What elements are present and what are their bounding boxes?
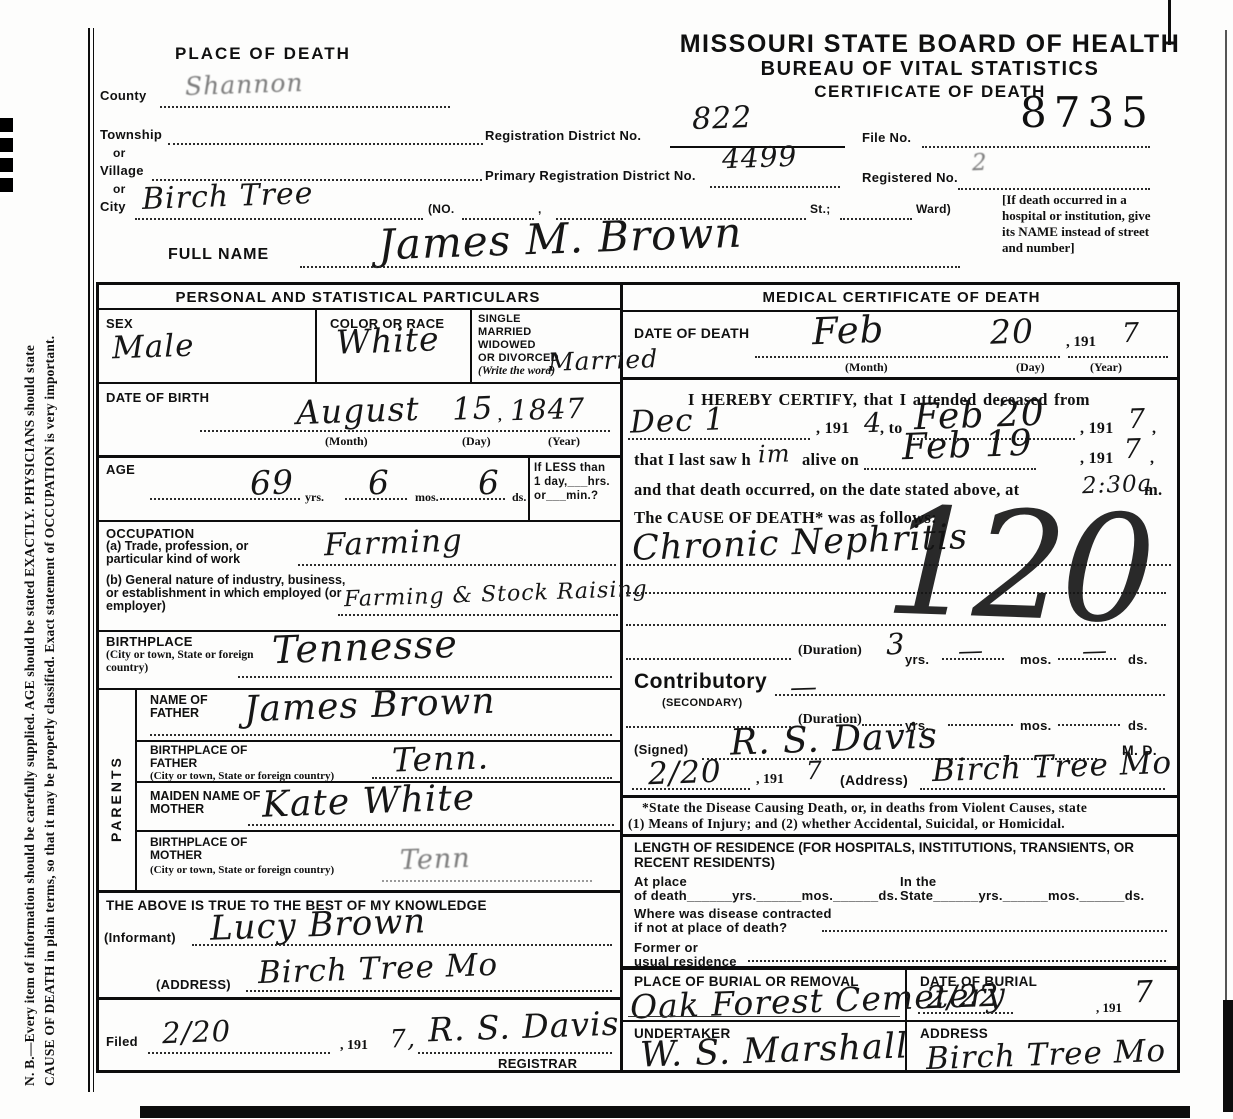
residence-title: LENGTH OF RESIDENCE (FOR HOSPITALS, INST… [634,840,1179,870]
age-ds-cap: ds. [512,490,526,505]
margin-note-line2: CAUSE OF DEATH in plain terms, so that i… [42,336,58,1086]
informant-address-label: (ADDRESS) [156,977,231,992]
duration-label: (Duration) [798,643,862,659]
death-certificate-scan: N. B.—Every item of information should b… [0,0,1233,1119]
or-1: or [113,146,126,160]
former-residence-line [748,960,1166,962]
sign-date-value: 2/20 [647,757,722,791]
margin-note-line1: N. B.—Every item of information should b… [22,345,38,1086]
rule-above-burial [620,966,1180,970]
age-days-value: 6 [477,466,500,500]
secondary-label: (SECONDARY) [662,697,743,709]
contracted-line [822,930,1167,932]
write-the-word-caption: (Write the word) [478,365,555,377]
father-birthplace-label: BIRTHPLACE OF FATHER [150,744,260,770]
informant-line [192,944,612,946]
mother-name-value: Kate White [261,780,475,823]
dob-month-cap: (Month) [325,434,368,449]
age-yrs-cap: yrs. [305,490,324,505]
date-of-death-month: Feb [811,311,884,350]
at-place-line2: of death______yrs.______mos.______ds. [634,888,898,903]
date-of-death-year-line [1068,356,1168,358]
duration-months-value: — [958,638,985,664]
registrar-label: REGISTRAR [498,1056,577,1071]
to-year-printed: , 191 [1080,420,1114,438]
duration-ds-cap: ds. [1128,652,1148,667]
duration-days-value: — [1082,638,1109,664]
dob-line [200,430,610,432]
left-margin-rule-inner [93,28,94,1092]
contributory-line [775,694,1165,696]
occupation-b-line [338,614,618,616]
village-label: Village [100,163,144,178]
mother-birthplace-label: BIRTHPLACE OF MOTHER [150,836,270,862]
occupation-a-value: Farming [324,526,464,562]
burial-date-line [918,1012,1013,1014]
dob-comma: , [498,408,502,425]
duration2-ds-cap: ds. [1128,718,1148,733]
dob-day-cap: (Day) [462,434,491,449]
seen-year-printed: , 191 [1080,450,1114,468]
father-name-line [150,734,612,736]
left-margin-rule-outer [88,28,90,1092]
marital-value: Married [548,346,659,375]
bottom-scan-bar [140,1106,1190,1118]
house-no-label: (NO. [428,202,455,216]
rule-under-informant [96,997,620,1000]
filed-date-line [148,1052,330,1054]
last-seen-line [864,468,1036,470]
registrar-signature: R. S. Davis [427,1007,620,1047]
full-name-label: FULL NAME [168,246,269,264]
at-place-line1: At place [634,874,687,889]
marital-option-married: MARRIED [478,326,531,338]
city-label: City [100,199,126,214]
file-no-line [922,146,1150,148]
filed-date-value: 2/20 [162,1017,232,1048]
registration-district-value: 822 [691,103,752,135]
personal-section-title: PERSONAL AND STATISTICAL PARTICULARS [96,289,620,306]
sex-race-divider [315,310,317,382]
place-of-death-title: PLACE OF DEATH [175,44,351,64]
township-line [168,143,483,145]
informant-address-value: Birch Tree Mo [258,950,499,989]
registered-no-line [958,188,1150,190]
county-value: Shannon [185,70,304,99]
age-months-value: 6 [367,466,390,500]
scan-fragment-bar [0,118,13,196]
rule-under-dod-row [620,377,1180,380]
rule-under-mother-name [135,830,622,832]
burial-place-line [628,1016,900,1017]
age-line-2 [345,498,407,500]
column-divider [620,282,623,1073]
footnote-line2: (1) Means of Injury; and (2) whether Acc… [628,816,1065,832]
org-line-1: MISSOURI STATE BOARD OF HEALTH [640,30,1220,59]
burial-date-value: 2/22 [925,981,1000,1015]
burial-year-handwritten: 7 [1133,978,1154,1009]
registrar-signature-line [418,1052,612,1054]
primary-district-value: 4499 [722,143,798,174]
ward-label: Ward) [916,202,951,216]
file-no-label: File No. [862,130,911,145]
mother-birthplace-line [382,880,592,882]
physician-signature: R. S. Davis [729,718,938,761]
informant-address-line [246,990,612,992]
last-saw-pre: that I last saw h [634,450,751,470]
parents-inner-divider [135,688,137,890]
mother-name-label: MAIDEN NAME OF MOTHER [150,790,280,816]
dob-month-value: August [295,392,420,429]
duration-yrs-cap: yrs. [905,652,929,667]
sign-year-printed: , 191 [756,772,784,788]
former-residence-line1: Former or [634,940,698,955]
primary-district-label: Primary Registration District No. [485,168,696,183]
last-seen-value: Feb 19 [901,426,1033,467]
dod-year-cap: (Year) [1090,360,1122,375]
dob-year-value: 1847 [510,395,586,426]
medical-section-title: MEDICAL CERTIFICATE OF DEATH [623,289,1180,306]
contributory-label: Contributory [634,670,767,694]
rule-under-footnote [620,834,1180,837]
org-line-2: BUREAU OF VITAL STATISTICS [640,58,1220,81]
registered-no-label: Registered No. [862,170,958,185]
rule-under-sex-row [96,382,620,384]
footnote-line1: *State the Disease Causing Death, or, in… [642,800,1087,816]
contracted-line2: if not at place of death? [634,920,787,935]
hospital-note: [If death occurred in a hospital or inst… [1002,192,1164,256]
occupation-b-label: (b) General nature of industry, business… [106,574,346,613]
age-years-value: 69 [249,465,294,500]
age-line-3 [440,498,505,500]
to-year-handwritten: 7 [1128,406,1147,434]
duration2-ds-line [1058,724,1120,726]
sex-label: SEX [106,316,133,331]
father-birthplace-value: Tenn. [391,740,489,776]
less-than-line3: or___min.? [534,490,598,502]
duration2-mos-line [948,724,1013,726]
from-year-printed: , 191 [816,420,850,438]
birthplace-line [238,676,612,678]
registration-district-label: Registration District No. [485,128,641,143]
informant-value: Lucy Brown [209,904,426,946]
rule-above-footnote [620,795,1180,798]
registered-no-value: 2 [972,152,988,176]
date-of-death-day: 20 [989,314,1034,349]
duration2-mos-cap: mos. [1020,718,1052,733]
rule-under-father-name [135,740,622,742]
rule-under-dob-row [96,455,620,458]
birthplace-value: Tennesse [271,625,458,669]
street-label: St.; [810,202,831,216]
occupation-a-line [298,564,616,566]
primary-district-line [710,186,840,188]
dob-day-value: 15 [451,393,494,425]
age-line-1 [150,498,300,500]
contracted-line1: Where was disease contracted [634,906,832,921]
certificate-number: 8735 [1020,88,1155,137]
age-mos-cap: mos. [415,490,439,505]
duration-years-value: 3 [885,630,905,660]
township-label: Township [100,127,162,142]
right-scan-edge-bar [1223,1000,1233,1112]
seen-year-handwritten: 7 [1124,436,1143,464]
right-scan-edge-line [1225,30,1227,1090]
rule-under-parents [96,890,620,893]
parents-vertical-label: PARENTS [108,755,124,842]
cause-code-scrawl: 120 [883,495,1152,637]
sign-address-value: Birch Tree Mo [932,748,1173,787]
informant-label: (Informant) [104,930,176,945]
filed-label: Filed [106,1034,138,1049]
ward-line [840,218,912,220]
rule-under-medical-title [620,310,1180,312]
rule-under-burial [620,1020,1180,1022]
rule-under-personal-title [96,308,620,310]
city-value: Birch Tree [142,179,314,215]
race-marital-divider [470,310,472,382]
dod-month-cap: (Month) [845,360,888,375]
birthplace-caption: (City or town, State or foreign country) [106,649,256,675]
birthplace-label: BIRTHPLACE [106,634,193,649]
to-word: , to [880,420,903,438]
full-name-line [300,266,960,268]
sign-date-line [632,788,750,790]
county-line [160,106,450,108]
line2-comma: , [1152,420,1156,438]
sign-address-line [920,788,1165,790]
date-of-death-line [755,356,1060,358]
mother-birthplace-caption: (City or town, State or foreign country) [150,864,334,876]
rule-under-age-row [96,520,620,522]
line3-comma: , [1150,450,1154,468]
or-2: or [113,182,126,196]
dob-label: DATE OF BIRTH [106,390,209,405]
him-handwritten: im [758,441,791,466]
father-name-value: James Brown [243,684,496,729]
sign-address-label: (Address) [840,772,908,788]
filed-year-handwritten: 7, [390,1026,417,1052]
in-the-line2: State______yrs.______mos.______ds. [900,888,1144,903]
attended-from-value: Dec 1 [629,404,725,438]
contributory-value: — [790,674,819,702]
dod-day-cap: (Day) [1016,360,1045,375]
alive-on-label: alive on [802,450,859,470]
age-label: AGE [106,462,135,477]
occupation-a-label: (a) Trade, profession, or particular kin… [106,540,306,566]
less-than-line2: 1 day,___hrs. [534,476,610,488]
age-lessbox-divider [528,457,530,520]
date-of-death-label: DATE OF DEATH [634,325,749,341]
date-of-death-year-handwritten: 7 [1122,320,1141,348]
race-value: White [335,322,440,359]
duration-mos-cap: mos. [1020,652,1052,667]
marital-option-widowed: WIDOWED [478,339,536,351]
dob-year-cap: (Year) [548,434,580,449]
full-name-value: James M. Brown [377,212,743,267]
undertaker-address-value: Birch Tree Mo [926,1036,1167,1075]
undertaker-value: W. S. Marshall [639,1029,908,1073]
date-of-death-year-printed: , 191 [1066,334,1096,351]
sign-year-handwritten: 7 [806,758,824,784]
mother-birthplace-value: Tenn [400,845,472,874]
father-name-label: NAME OF FATHER [150,694,240,720]
marital-option-single: SINGLE [478,313,521,325]
duration-line-left [626,658,791,660]
less-than-line1: If LESS than [534,462,605,474]
mother-name-line [248,824,614,826]
in-the-line1: In the [900,874,936,889]
filed-year-printed: , 191 [340,1038,368,1054]
county-label: County [100,88,147,103]
burial-year-printed: , 191 [1096,1000,1122,1016]
sex-value: Male [111,331,195,365]
